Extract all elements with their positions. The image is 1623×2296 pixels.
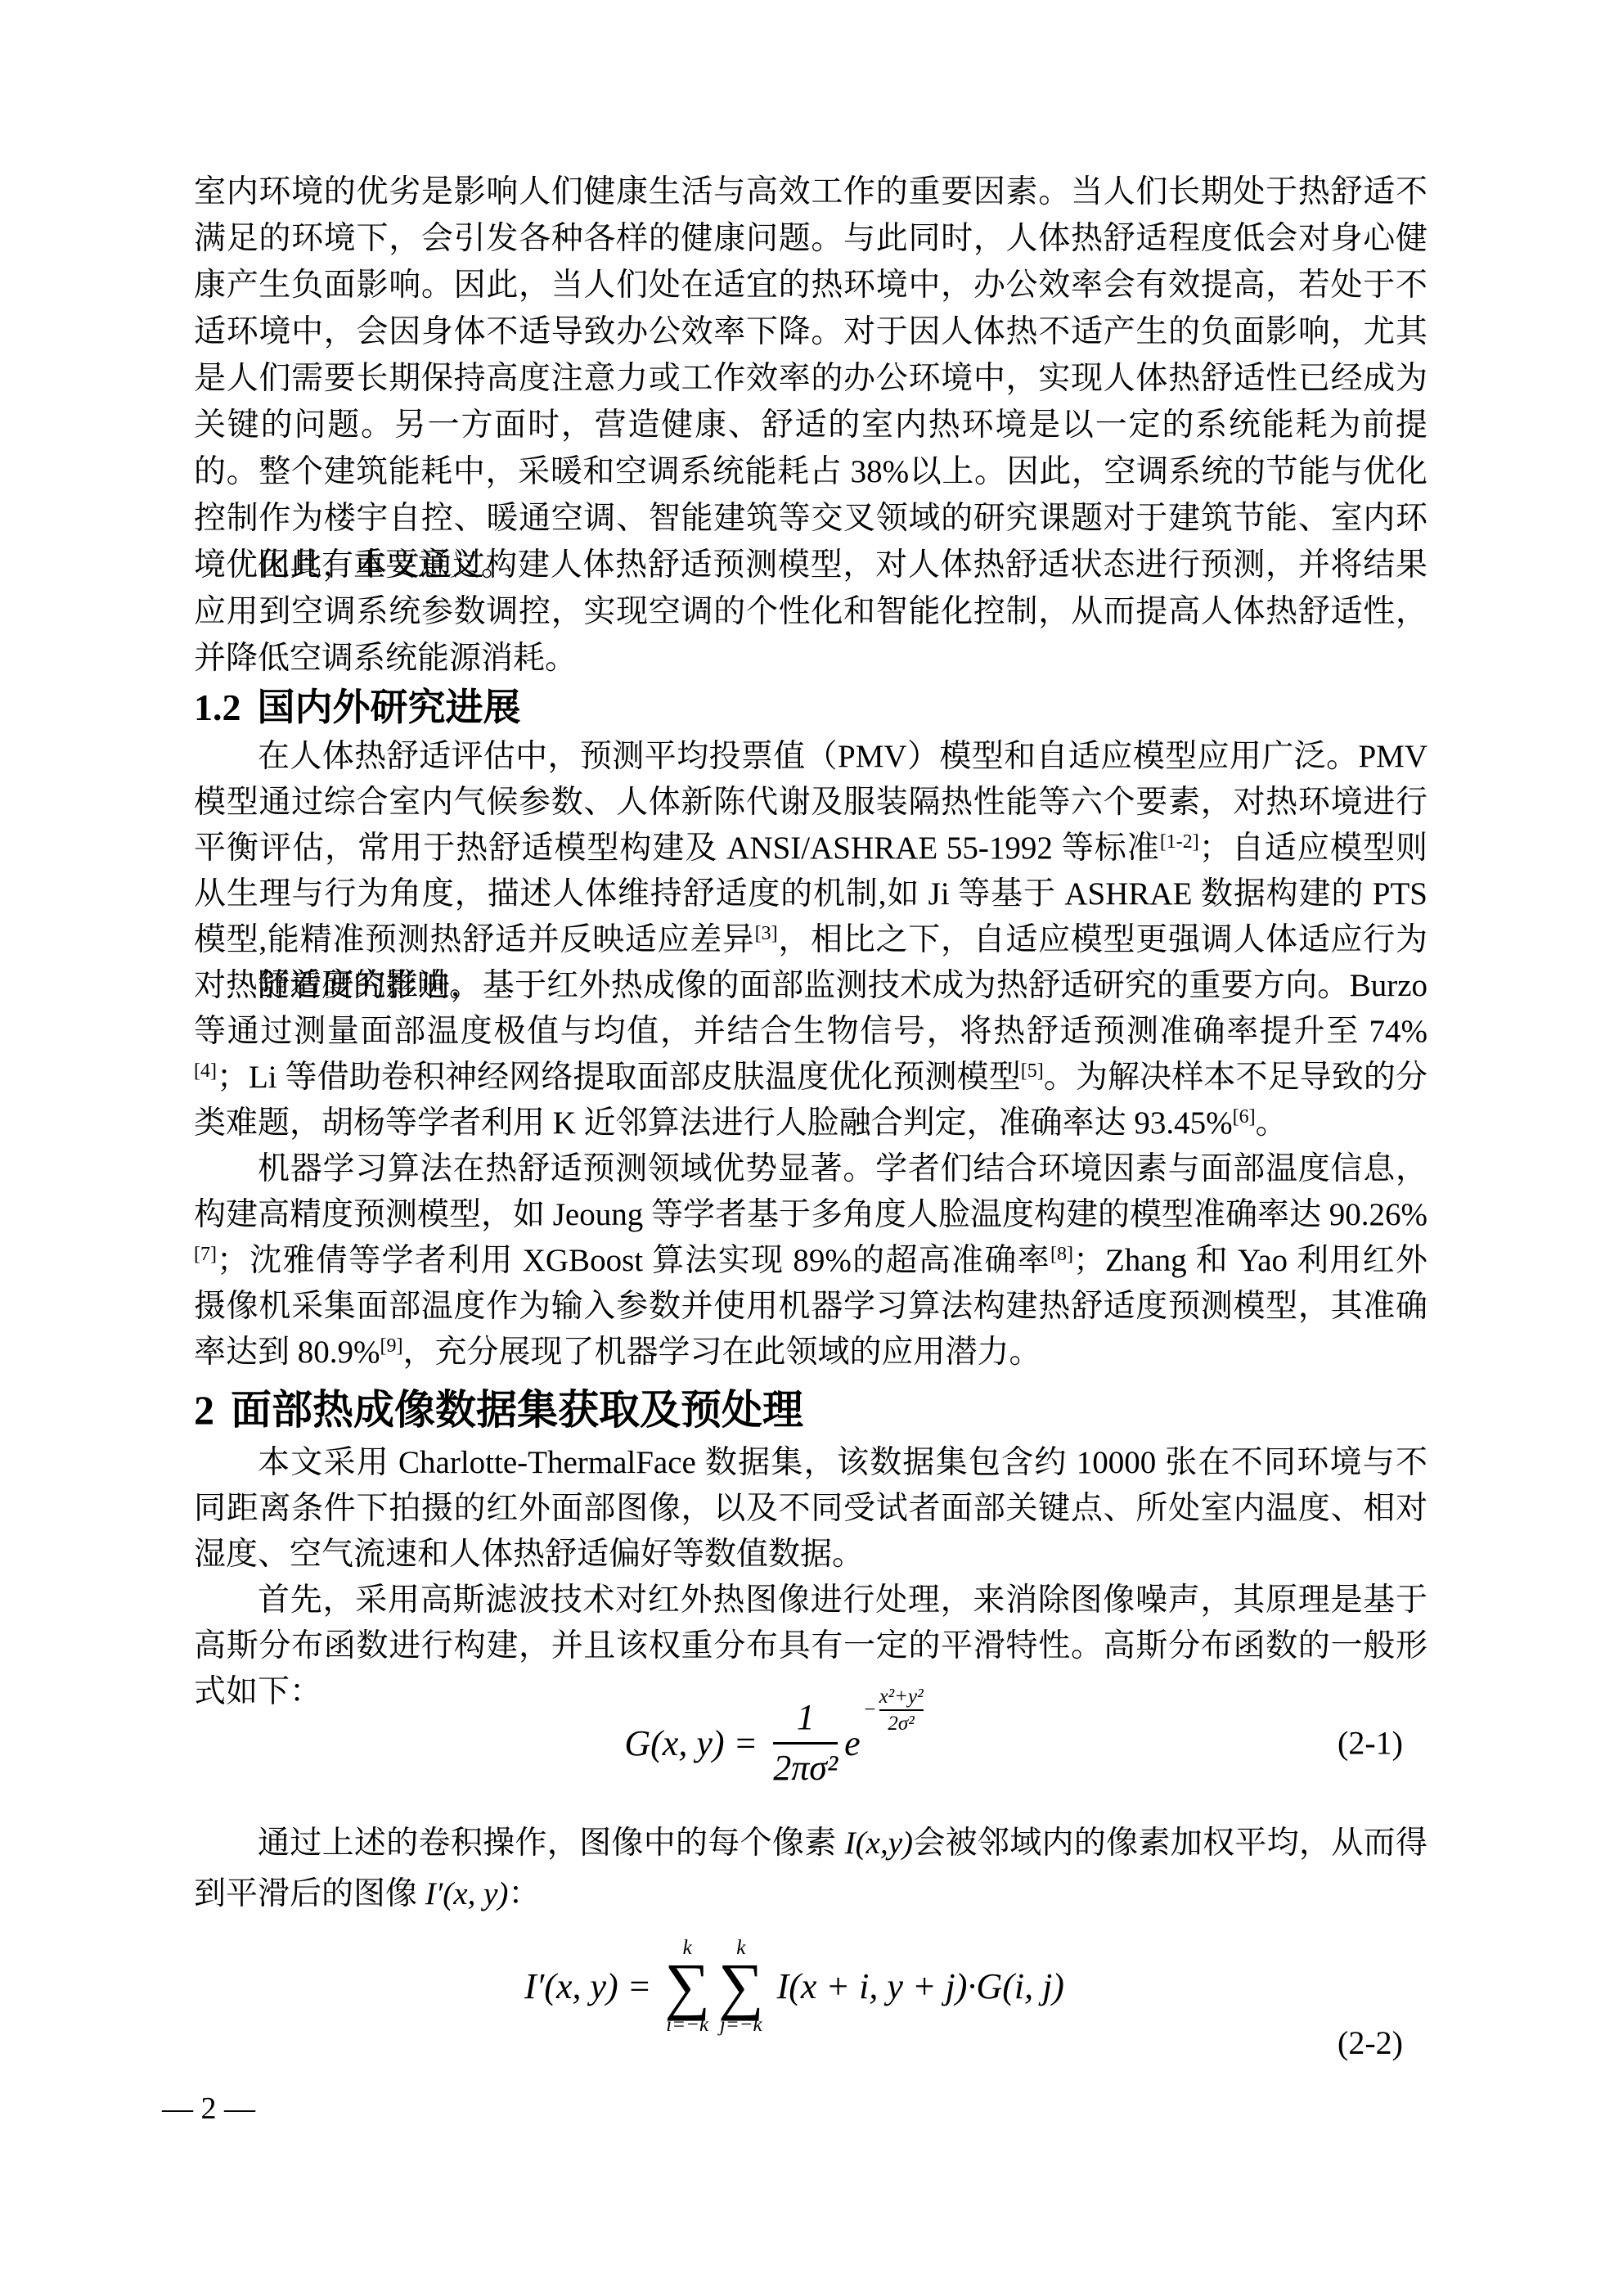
exponent-fraction-bar	[879, 1709, 924, 1711]
paragraph-infrared-monitoring: 随着研究推进，基于红外热成像的面部监测技术成为热舒适研究的重要方向。Burzo …	[194, 963, 1427, 1146]
equation-2-1: G(x, y) = 1 2πσ² e − x²+y² 2σ² (2-1)	[194, 1677, 1427, 1808]
equation-rhs: I(x + i, y + j)·G(i, j)	[768, 1965, 1064, 2007]
sum-lower-limit: j=−k	[720, 2014, 762, 2037]
document-page: 室内环境的优劣是影响人们健康生活与高效工作的重要因素。当人们长期处于热舒适不满足…	[0, 0, 1623, 2296]
equation-number: (2-2)	[1338, 2024, 1403, 2062]
exponent-sign: −	[863, 1699, 877, 1722]
page-number: — 2 —	[162, 2091, 255, 2126]
paragraph-machine-learning: 机器学习算法在热舒适预测领域优势显著。学者们结合环境因素与面部温度信息，构建高精…	[194, 1146, 1427, 1375]
paragraph-convolution: 通过上述的卷积操作，图像中的每个像素 I(x,y)会被邻域内的像素加权平均，从而…	[194, 1818, 1427, 1920]
fraction-denominator: 2πσ²	[773, 1748, 838, 1790]
paragraph-intro-purpose: 因此，本文通过构建人体热舒适预测模型，对人体热舒适状态进行预测，并将结果应用到空…	[194, 542, 1427, 682]
exponent: − x²+y² 2σ²	[863, 1686, 924, 1736]
exponent-numerator: x²+y²	[879, 1686, 924, 1708]
heading-number: 1.2	[194, 683, 241, 732]
fraction-numerator: 1	[797, 1697, 815, 1739]
paragraph-dataset: 本文采用 Charlotte-ThermalFace 数据集，该数据集包含约 1…	[194, 1440, 1427, 1578]
equation-lhs: I′(x, y) =	[524, 1965, 660, 2007]
exponent-fraction: x²+y² 2σ²	[879, 1686, 924, 1736]
sigma-symbol: ∑	[718, 1959, 764, 2013]
equation-number: (2-1)	[1338, 1724, 1403, 1763]
sum-operator-j: k ∑ j=−k	[718, 1937, 764, 2036]
sigma-symbol: ∑	[664, 1959, 710, 2013]
equation-lhs: G(x, y) =	[624, 1722, 767, 1764]
exponent-denominator: 2σ²	[888, 1713, 914, 1736]
paragraph-intro-continuation: 室内环境的优劣是影响人们健康生活与高效工作的重要因素。当人们长期处于热舒适不满足…	[194, 169, 1427, 588]
sum-lower-limit: i=−k	[666, 2014, 708, 2037]
section-heading-1-2: 1.2 国内外研究进展	[194, 682, 1427, 732]
fraction: 1 2πσ²	[773, 1697, 838, 1789]
heading-title: 面部热成像数据集获取及预处理	[231, 1383, 803, 1437]
fraction-bar	[773, 1742, 838, 1745]
exponential-base: e	[844, 1722, 861, 1764]
section-heading-2: 2 面部热成像数据集获取及预处理	[194, 1383, 1427, 1437]
sum-operator-i: k ∑ i=−k	[664, 1937, 710, 2036]
heading-title: 国内外研究进展	[258, 682, 521, 732]
equation-2-2: I′(x, y) = k ∑ i=−k k ∑ j=−k I(x + i, y …	[194, 1919, 1427, 2054]
heading-number: 2	[194, 1383, 214, 1437]
